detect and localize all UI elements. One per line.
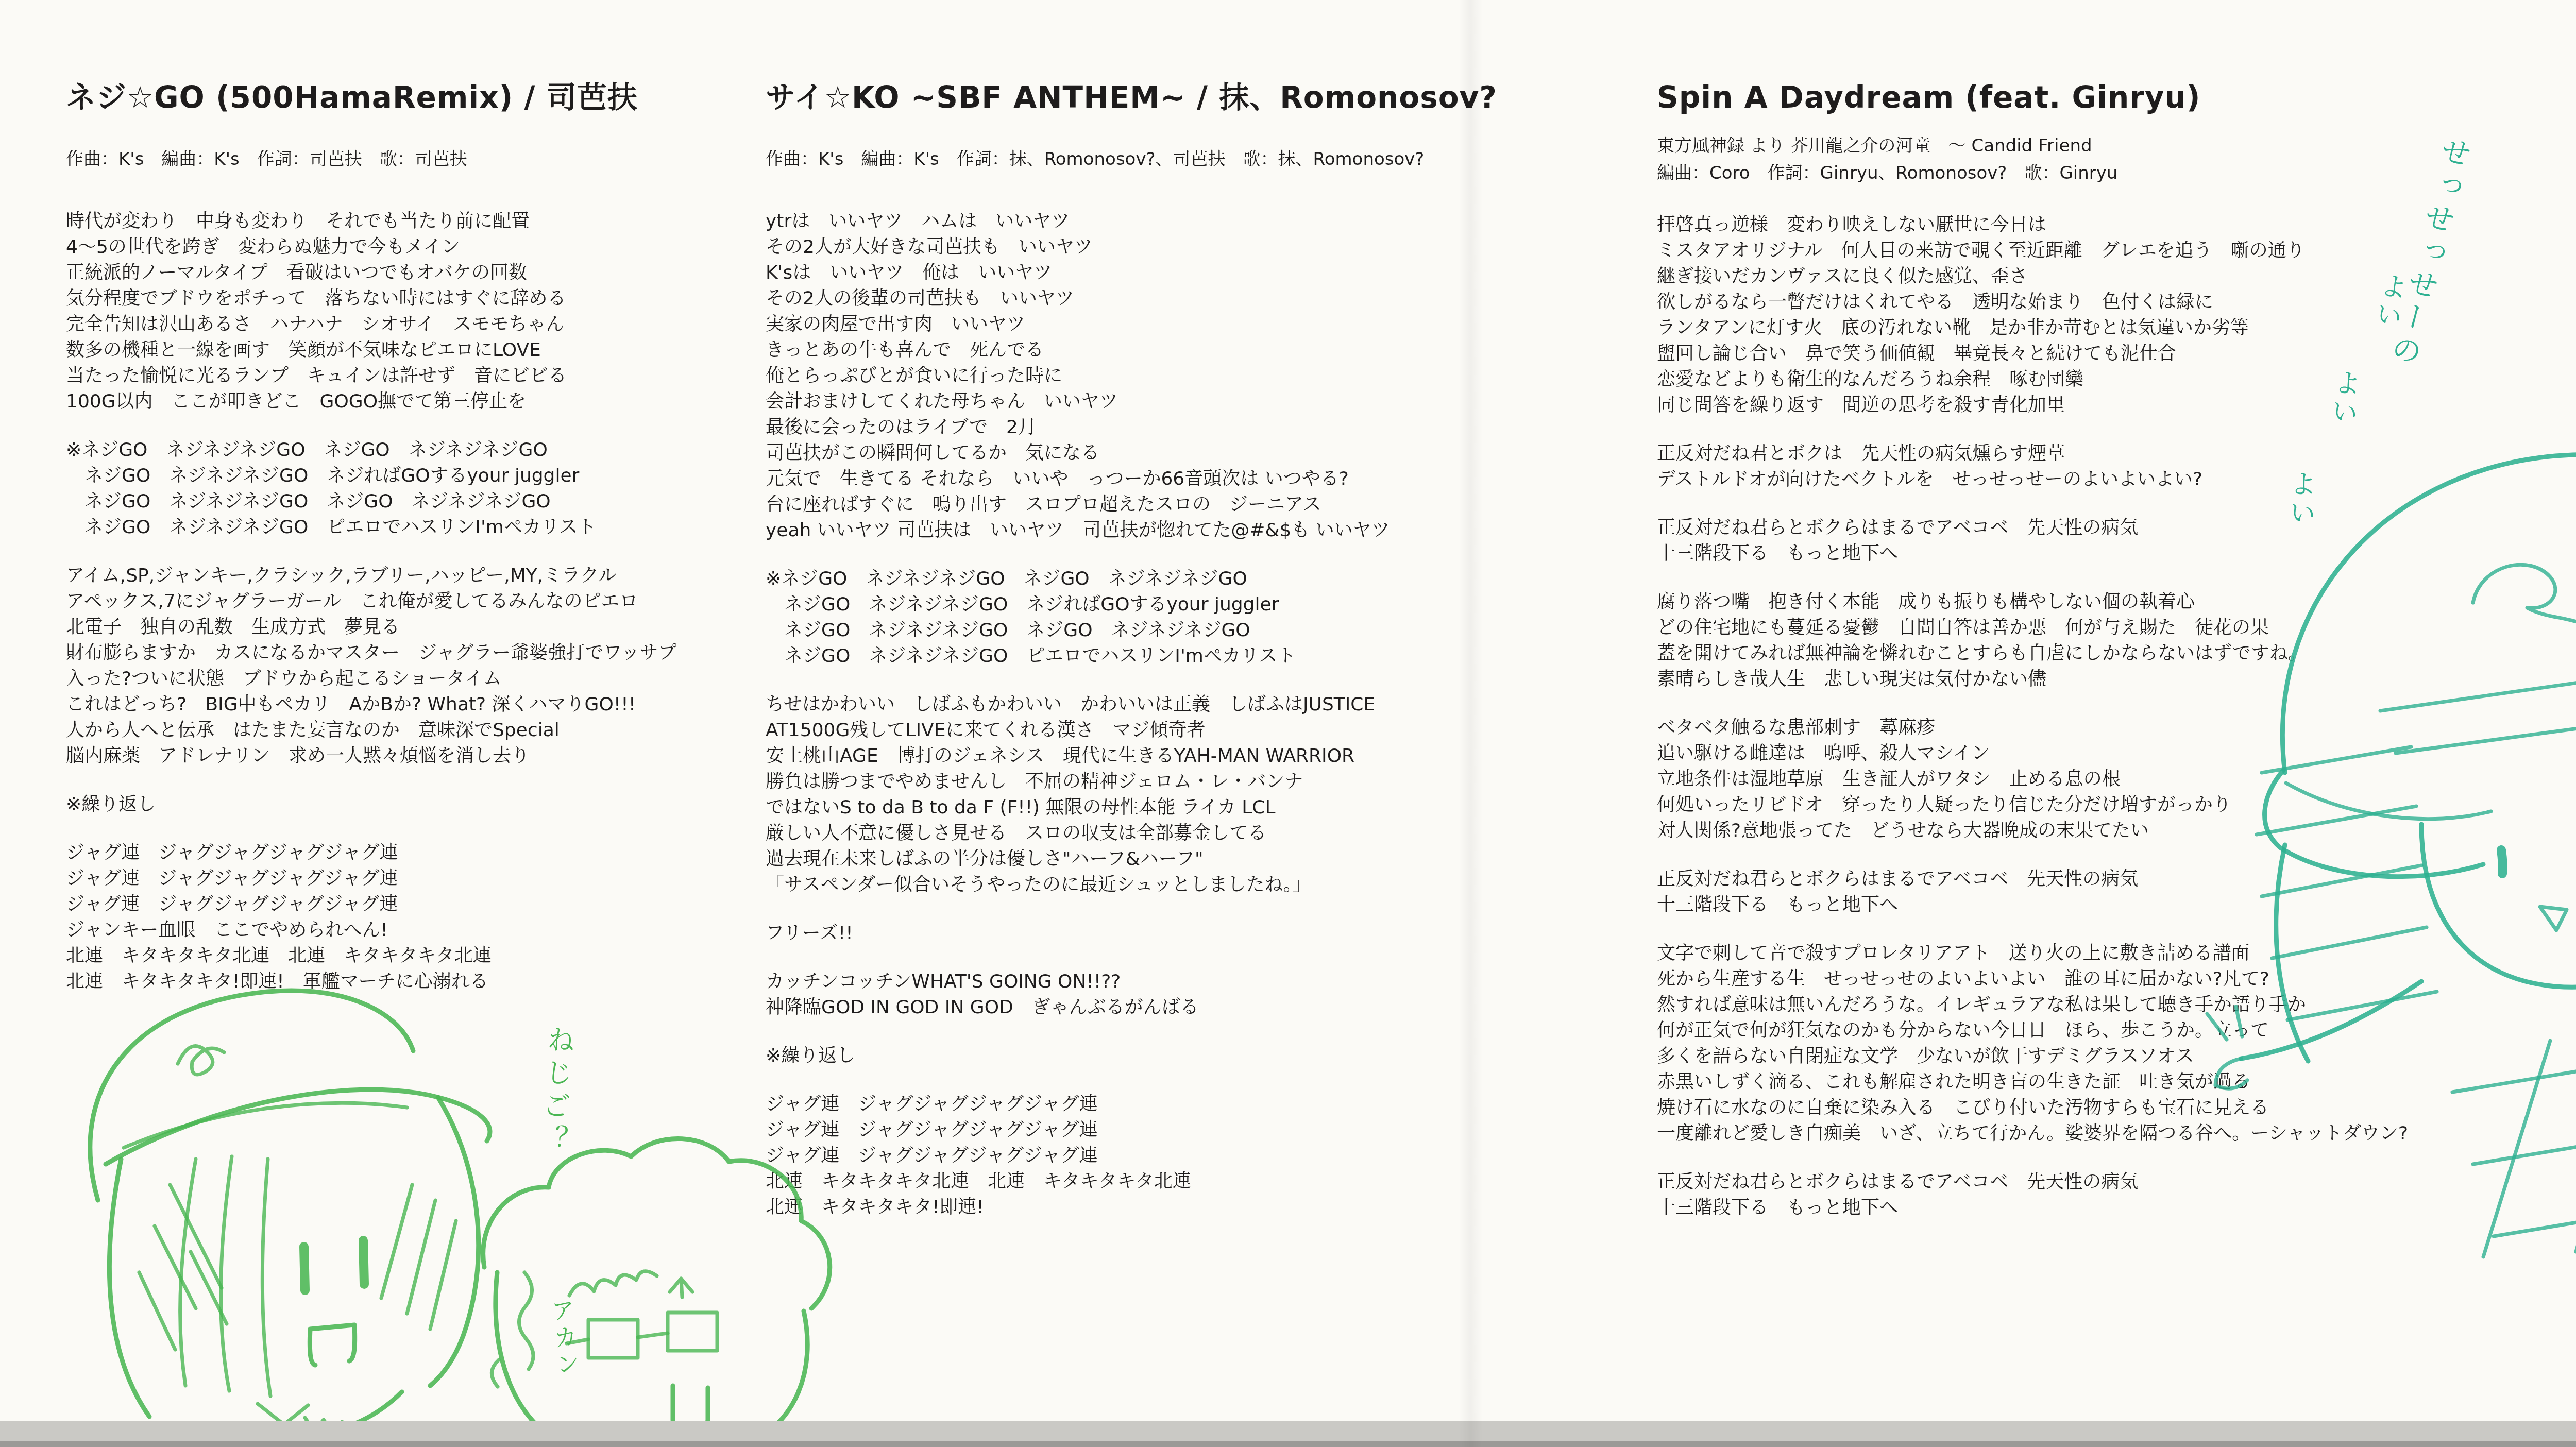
stanza: ジャグ連 ジャグジャグジャグジャグ連ジャグ連 ジャグジャグジャグジャグ連ジャグ連…: [66, 840, 787, 995]
lyric-line: ジャグ連 ジャグジャグジャグジャグ連: [66, 892, 787, 917]
lyric-line: 人から人へと伝承 はたまた妄言なのか 意味深でSpecial: [66, 718, 787, 743]
song-section-sai-ko: サイ☆KO ~SBF ANTHEM~ / 抹、Romonosov? 作曲：K's…: [766, 61, 1600, 1243]
lyric-line: AT1500G残してLIVEに来てくれる漢さ マジ傾奇者: [766, 718, 1600, 743]
lyric-line: 北連 キタキタキタ北連 北連 キタキタキタ北連: [766, 1169, 1600, 1195]
lyric-line: ytrは いいヤツ ハムは いいヤツ: [766, 209, 1600, 234]
lyric-line: 入った?ついに状態 ブドウから起こるショータイム: [66, 666, 787, 692]
lyric-line: 盥回し論じ合い 鼻で笑う価値観 畢竟長々と続けても泥仕合: [1657, 341, 2576, 367]
doodle-left-characters: [90, 991, 830, 1445]
scan-edge-strip: [0, 1421, 2576, 1441]
lyric-line: 素晴らしき哉人生 悲しい現実は気付かない儘: [1657, 667, 2576, 692]
lyric-line: 十三階段下る もっと地下へ: [1657, 892, 2576, 918]
lyric-line: 同じ問答を繰り返す 間逆の思考を殺す青化加里: [1657, 393, 2576, 418]
lyric-line: 死から生産する生 せっせっせのよいよいよい 誰の耳に届かない?凡て?: [1657, 966, 2576, 992]
stanza: ちせはかわいい しばふもかわいい かわいいは正義 しばふはJUSTICEAT15…: [766, 692, 1600, 898]
song-credits: 作曲：K's 編曲：K's 作詞：抹、Romonosov?、司芭扶 歌：抹、Ro…: [766, 148, 1600, 171]
lyric-line: ※繰り返し: [766, 1043, 1600, 1069]
lyric-line: 正反対だね君らとボクらはまるでアベコベ 先天性の病気: [1657, 515, 2576, 541]
stanza: 正反対だね君らとボクらはまるでアベコベ 先天性の病気十三階段下る もっと地下へ: [1657, 1169, 2576, 1221]
handwritten-note-nejigo: ねじご？: [531, 1024, 580, 1159]
lyric-line: 数多の機種と一線を画す 笑顔が不気味なピエロにLOVE: [66, 337, 787, 363]
lyric-line: ランタアンに灯す火 底の汚れない靴 是か非か苛むとは気違いか劣等: [1657, 315, 2576, 341]
lyric-line: 会計おまけしてくれた母ちゃん いいヤツ: [766, 389, 1600, 415]
lyric-line: カッチンコッチンWHAT'S GOING ON!!??: [766, 969, 1600, 995]
lyric-line: ジャンキー血眼 ここでやめられへん!: [66, 917, 787, 943]
lyric-line: ではないS to da B to da F (F!!) 無限の母性本能 ライカ …: [766, 795, 1600, 821]
lyric-line: ネジGO ネジネジネジGO ピエロでハスリンI'mペカリスト: [66, 515, 787, 540]
lyric-line: 元気で 生きてる それなら いいや っつーか66音頭次は いつやる?: [766, 466, 1600, 492]
stanza: ベタベタ触るな患部刺す 蕁麻疹追い駆ける雌達は 嗚呼、殺人マシイン立地条件は湿地…: [1657, 715, 2576, 844]
lyric-line: 俺とらっぷびとが食いに行った時に: [766, 363, 1600, 389]
lyric-line: 十三階段下る もっと地下へ: [1657, 1195, 2576, 1221]
stanza: 腐り落つ嘴 抱き付く本能 成りも振りも構やしない個の執着心どの住宅地にも蔓延る憂…: [1657, 589, 2576, 692]
lyric-line: 対人関係?意地張ってた どうせなら大器晩成の末果てたい: [1657, 818, 2576, 844]
lyric-line: きっとあの牛も喜んで 死んでる: [766, 337, 1600, 363]
stanza: ※ネジGO ネジネジネジGO ネジGO ネジネジネジGO ネジGO ネジネジネジ…: [766, 566, 1600, 669]
lyric-line: 過去現在未来しばふの半分は優しさ"ハーフ&ハーフ": [766, 846, 1600, 872]
lyric-line: 北電子 独自の乱数 生成方式 夢見る: [66, 615, 787, 640]
lyric-line: 安土桃山AGE 博打のジェネシス 現代に生きるYAH-MAN WARRIOR: [766, 743, 1600, 769]
lyric-line: 焼け石に水なのに自棄に染み入る こびり付いた汚物すらも宝石に見える: [1657, 1095, 2576, 1121]
lyric-line: 完全告知は沢山あるさ ハナハナ シオサイ スモモちゃん: [66, 312, 787, 337]
lyric-line: アイム,SP,ジャンキー,クラシック,ラブリー,ハッピー,MY,ミラクル: [66, 563, 787, 589]
lyrics-block: ytrは いいヤツ ハムは いいヤツその2人が大好きな司芭扶も いいヤツK'sは…: [766, 209, 1600, 1220]
lyric-line: 正反対だね君らとボクらはまるでアベコベ 先天性の病気: [1657, 866, 2576, 892]
lyric-line: ちせはかわいい しばふもかわいい かわいいは正義 しばふはJUSTICE: [766, 692, 1600, 718]
lyric-line: どの住宅地にも蔓延る憂鬱 自問自答は善か悪 何が与え賜た 徒花の果: [1657, 615, 2576, 641]
lyric-line: ネジGO ネジネジネジGO ネジGO ネジネジネジGO: [66, 489, 787, 515]
stanza: ※繰り返し: [766, 1043, 1600, 1069]
handwritten-note-yoi: よい: [2321, 367, 2366, 428]
lyric-line: 正統派的ノーマルタイプ 看破はいつでもオバケの回数: [66, 260, 787, 286]
lyric-line: 赤黒いしずく滴る、これも解雇された明き盲の生きた証 吐き気が過る: [1657, 1069, 2576, 1095]
lyric-line: 台に座ればすぐに 鳴り出す スロプロ超えたスロの ジーニアス: [766, 492, 1600, 518]
lyric-line: ジャグ連 ジャグジャグジャグジャグ連: [766, 1143, 1600, 1169]
lyric-line: 気分程度でブドウをポチって 落ちない時にはすぐに辞める: [66, 286, 787, 312]
lyric-line: yeah いいヤツ 司芭扶は いいヤツ 司芭扶が惚れてた@#&$も いいヤツ: [766, 518, 1600, 543]
lyric-line: 実家の肉屋で出す肉 いいヤツ: [766, 312, 1600, 337]
lyric-line: 最後に会ったのはライブで 2月: [766, 415, 1600, 440]
stanza: 正反対だね君らとボクらはまるでアベコベ 先天性の病気十三階段下る もっと地下へ: [1657, 515, 2576, 567]
song-title: サイ☆KO ~SBF ANTHEM~ / 抹、Romonosov?: [766, 81, 1600, 114]
lyric-line: 十三階段下る もっと地下へ: [1657, 541, 2576, 567]
song-credits: 作曲：K's 編曲：K's 作詞：司芭扶 歌：司芭扶: [66, 148, 787, 171]
lyric-line: 一度離れど愛しき白痴美 いざ、立ちて行かん。娑婆界を隔つる谷へ。ーシャットダウン…: [1657, 1121, 2576, 1147]
lyric-line: 当たった愉悦に光るランプ キュインは許せず 音にビビる: [66, 363, 787, 389]
stanza: 時代が変わり 中身も変わり それでも当たり前に配置4～5の世代を跨ぎ 変わらぬ魅…: [66, 209, 787, 415]
lyric-line: デストルドオが向けたベクトルを せっせっせーのよいよいよい?: [1657, 467, 2576, 492]
stanza: アイム,SP,ジャンキー,クラシック,ラブリー,ハッピー,MY,ミラクルアペック…: [66, 563, 787, 769]
lyric-line: 何処いったリビドオ 穿ったり人疑ったり信じた分だけ増すがっかり: [1657, 792, 2576, 818]
lyric-line: その2人の後輩の司芭扶も いいヤツ: [766, 286, 1600, 312]
handwritten-note-yoi: よい: [2280, 469, 2321, 529]
stanza: ytrは いいヤツ ハムは いいヤツその2人が大好きな司芭扶も いいヤツK'sは…: [766, 209, 1600, 543]
stanza: フリーズ!!: [766, 921, 1600, 946]
lyric-line: ※ネジGO ネジネジネジGO ネジGO ネジネジネジGO: [766, 566, 1600, 592]
lyric-line: 腐り落つ嘴 抱き付く本能 成りも振りも構やしない個の執着心: [1657, 589, 2576, 615]
stanza: 正反対だね君らとボクらはまるでアベコベ 先天性の病気十三階段下る もっと地下へ: [1657, 866, 2576, 918]
lyrics-block: 拝啓真っ逆様 変わり映えしない厭世に今日はミスタアオリジナル 何人目の来訪で覗く…: [1657, 212, 2576, 1221]
lyric-line: 何が正気で何が狂気なのかも分からない今日日 ほら、歩こうか。立って: [1657, 1018, 2576, 1044]
stanza: ※繰り返し: [66, 792, 787, 818]
stanza: ※ネジGO ネジネジネジGO ネジGO ネジネジネジGO ネジGO ネジネジネジ…: [66, 437, 787, 540]
lyric-line: 司芭扶がこの瞬間何してるか 気になる: [766, 440, 1600, 466]
lyric-line: 蓋を開けてみれば無神論を憐れむことすらも自虐にしかならないはずですね。: [1657, 641, 2576, 667]
lyric-line: ネジGO ネジネジネジGO ネジればGOするyour juggler: [766, 592, 1600, 618]
lyric-line: 100G以内 ここが叩きどこ GOGO撫でて第三停止を: [66, 389, 787, 415]
lyric-line: K'sは いいヤツ 俺は いいヤツ: [766, 260, 1600, 286]
lyric-line: ネジGO ネジネジネジGO ピエロでハスリンI'mペカリスト: [766, 643, 1600, 669]
lyric-line: ジャグ連 ジャグジャグジャグジャグ連: [66, 840, 787, 866]
stanza: ジャグ連 ジャグジャグジャグジャグ連ジャグ連 ジャグジャグジャグジャグ連ジャグ連…: [766, 1092, 1600, 1220]
stanza: カッチンコッチンWHAT'S GOING ON!!??神降臨GOD IN GOD…: [766, 969, 1600, 1020]
lyric-line: ネジGO ネジネジネジGO ネジGO ネジネジネジGO: [766, 618, 1600, 643]
lyric-line: 文字で刺して音で殺すプロレタリアアト 送り火の上に敷き詰める譜面: [1657, 941, 2576, 966]
lyric-line: 北連 キタキタキタ!即連!: [766, 1195, 1600, 1220]
lyric-line: ジャグ連 ジャグジャグジャグジャグ連: [766, 1092, 1600, 1117]
lyric-line: 神降臨GOD IN GOD IN GOD ぎゃんぶるがんばる: [766, 995, 1600, 1020]
lyric-line: 立地条件は湿地草原 生き証人がワタシ 止める息の根: [1657, 767, 2576, 792]
lyric-line: 「サスペンダー似合いそうやったのに最近シュッとしましたね。」: [766, 872, 1600, 898]
lyric-line: 正反対だね君らとボクらはまるでアベコベ 先天性の病気: [1657, 1169, 2576, 1195]
lyric-line: ジャグ連 ジャグジャグジャグジャグ連: [66, 866, 787, 892]
lyric-line: ジャグ連 ジャグジャグジャグジャグ連: [766, 1117, 1600, 1143]
stanza: 文字で刺して音で殺すプロレタリアアト 送り火の上に敷き詰める譜面死から生産する生…: [1657, 941, 2576, 1147]
lyric-line: 4～5の世代を跨ぎ 変わらぬ魅力で今もメイン: [66, 234, 787, 260]
lyric-line: 財布膨らますか カスになるかマスター ジャグラー爺婆強打でワッサプ: [66, 640, 787, 666]
lyrics-block: 時代が変わり 中身も変わり それでも当たり前に配置4～5の世代を跨ぎ 変わらぬ魅…: [66, 209, 787, 995]
song-title: ネジ☆GO (500HamaRemix) / 司芭扶: [66, 81, 787, 114]
lyric-line: 勝負は勝つまでやめませんし 不屈の精神ジェロム・レ・バンナ: [766, 769, 1600, 795]
lyric-line: 北連 キタキタキタ!即連! 軍艦マーチに心溺れる: [66, 969, 787, 995]
handwritten-note-akan: アカン: [544, 1297, 584, 1380]
scan-edge-strip-dark: [0, 1441, 2576, 1447]
lyric-line: ※ネジGO ネジネジネジGO ネジGO ネジネジネジGO: [66, 437, 787, 463]
lyric-line: フリーズ!!: [766, 921, 1600, 946]
stanza: 正反対だね君とボクは 先天性の病気燻らす煙草デストルドオが向けたベクトルを せっ…: [1657, 441, 2576, 492]
lyric-line: 北連 キタキタキタ北連 北連 キタキタキタ北連: [66, 943, 787, 969]
song-section-neji-go: ネジ☆GO (500HamaRemix) / 司芭扶 作曲：K's 編曲：K's…: [66, 61, 787, 1017]
lyric-line: 追い駆ける雌達は 嗚呼、殺人マシイン: [1657, 741, 2576, 767]
lyric-line: ネジGO ネジネジネジGO ネジればGOするyour juggler: [66, 463, 787, 489]
lyric-line: 恋愛などよりも衛生的なんだろうね余程 啄む団欒: [1657, 367, 2576, 393]
lyric-line: 脳内麻薬 アドレナリン 求め一人黙々煩悩を消し去り: [66, 743, 787, 769]
lyric-line: 厳しい人不意に優しさ見せる スロの収支は全部募金してる: [766, 821, 1600, 846]
lyric-line: 時代が変わり 中身も変わり それでも当たり前に配置: [66, 209, 787, 234]
lyrics-booklet-spread: ネジ☆GO (500HamaRemix) / 司芭扶 作曲：K's 編曲：K's…: [0, 0, 2576, 1447]
lyric-line: アペックス,7にジャグラーガール これ俺が愛してるみんなのピエロ: [66, 589, 787, 615]
lyric-line: 多くを語らない自閉症な文学 少ないが飲干すデミグラスソオス: [1657, 1044, 2576, 1069]
lyric-line: その2人が大好きな司芭扶も いいヤツ: [766, 234, 1600, 260]
lyric-line: ベタベタ触るな患部刺す 蕁麻疹: [1657, 715, 2576, 741]
lyric-line: 然すれば意味は無いんだろうな。イレギュラアな私は果して聴き手か語り手か: [1657, 992, 2576, 1018]
lyric-line: ※繰り返し: [66, 792, 787, 818]
lyric-line: これはどっち? BIG中もペカリ AかBか? What? 深くハマりGO!!!: [66, 692, 787, 718]
lyric-line: 正反対だね君とボクは 先天性の病気燻らす煙草: [1657, 441, 2576, 467]
song-title: Spin A Daydream (feat. Ginryu): [1657, 81, 2576, 114]
